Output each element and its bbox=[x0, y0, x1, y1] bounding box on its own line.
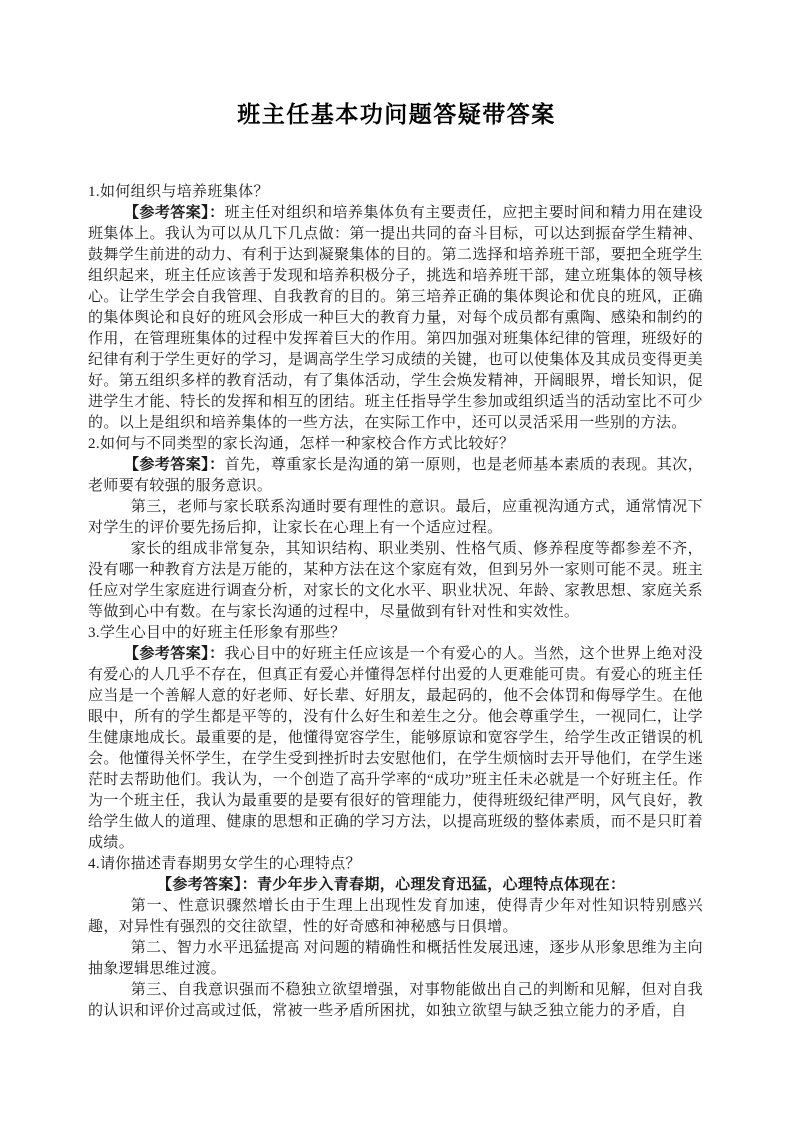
answer-4-paragraph-1: 第一、性意识骤然增长由于生理上出现性发育加速，使得青少年对性知识特别感兴趣，对异… bbox=[88, 896, 703, 938]
answer-2-paragraph-3: 家长的组成非常复杂，其知识结构、职业类别、性格气质、修养程度等都参差不齐，没有哪… bbox=[88, 539, 703, 623]
question-2: 2.如何与不同类型的家长沟通，怎样一种家校合作方式比较好？ bbox=[88, 434, 703, 455]
document-title: 班主任基本功问题答疑带答案 bbox=[0, 0, 793, 130]
answer-2-label: 【参考答案】： bbox=[124, 457, 225, 473]
answer-2-paragraph-1: 【参考答案】：首先，尊重家长是沟通的第一原则，也是老师基本素质的表现。其次，老师… bbox=[88, 455, 703, 497]
document-body: 1.如何组织与培养班集体？ 【参考答案】：班主任对组织和培养集体负有主要责任，应… bbox=[88, 182, 703, 1022]
answer-4-paragraph-3: 第三、自我意识强而不稳独立欲望增强，对事物能做出自己的判断和见解，但对自我的认识… bbox=[88, 980, 703, 1022]
answer-2-paragraph-2: 第三，老师与家长联系沟通时要有理性的意识。最后，应重视沟通方式，通常情况下对学生… bbox=[88, 497, 703, 539]
answer-3-paragraph-1: 【参考答案】：我心目中的好班主任应该是一个有爱心的人。当然，这个世界上绝对没有爱… bbox=[88, 644, 703, 854]
answer-3-text: 我心目中的好班主任应该是一个有爱心的人。当然，这个世界上绝对没有爱心的人几乎不存… bbox=[88, 646, 703, 851]
answer-4-paragraph-2: 第二、智力水平迅猛提高 对问题的精确性和概括性发展迅速，逐步从形象思维为主向抽象… bbox=[88, 938, 703, 980]
answer-1-paragraph-1: 【参考答案】：班主任对组织和培养集体负有主要责任，应把主要时间和精力用在建设班集… bbox=[88, 203, 703, 434]
question-1: 1.如何组织与培养班集体？ bbox=[88, 182, 703, 203]
question-4: 4.请你描述青春期男女学生的心理特点？ bbox=[88, 854, 703, 875]
answer-4-label: 【参考答案】： bbox=[157, 877, 257, 893]
answer-4-paragraph-intro: 【参考答案】：青少年步入青春期，心理发育迅猛，心理特点体现在： bbox=[88, 875, 703, 896]
question-3: 3.学生心目中的好班主任形象有那些？ bbox=[88, 623, 703, 644]
answer-4-intro-text: 青少年步入青春期，心理发育迅猛，心理特点体现在： bbox=[257, 877, 625, 893]
answer-1-text: 班主任对组织和培养集体负有主要责任，应把主要时间和精力用在建设班集体上。我认为可… bbox=[88, 205, 703, 431]
document-page: 班主任基本功问题答疑带答案 1.如何组织与培养班集体？ 【参考答案】：班主任对组… bbox=[0, 0, 793, 1122]
answer-1-label: 【参考答案】： bbox=[124, 205, 225, 221]
answer-3-label: 【参考答案】： bbox=[124, 646, 225, 662]
